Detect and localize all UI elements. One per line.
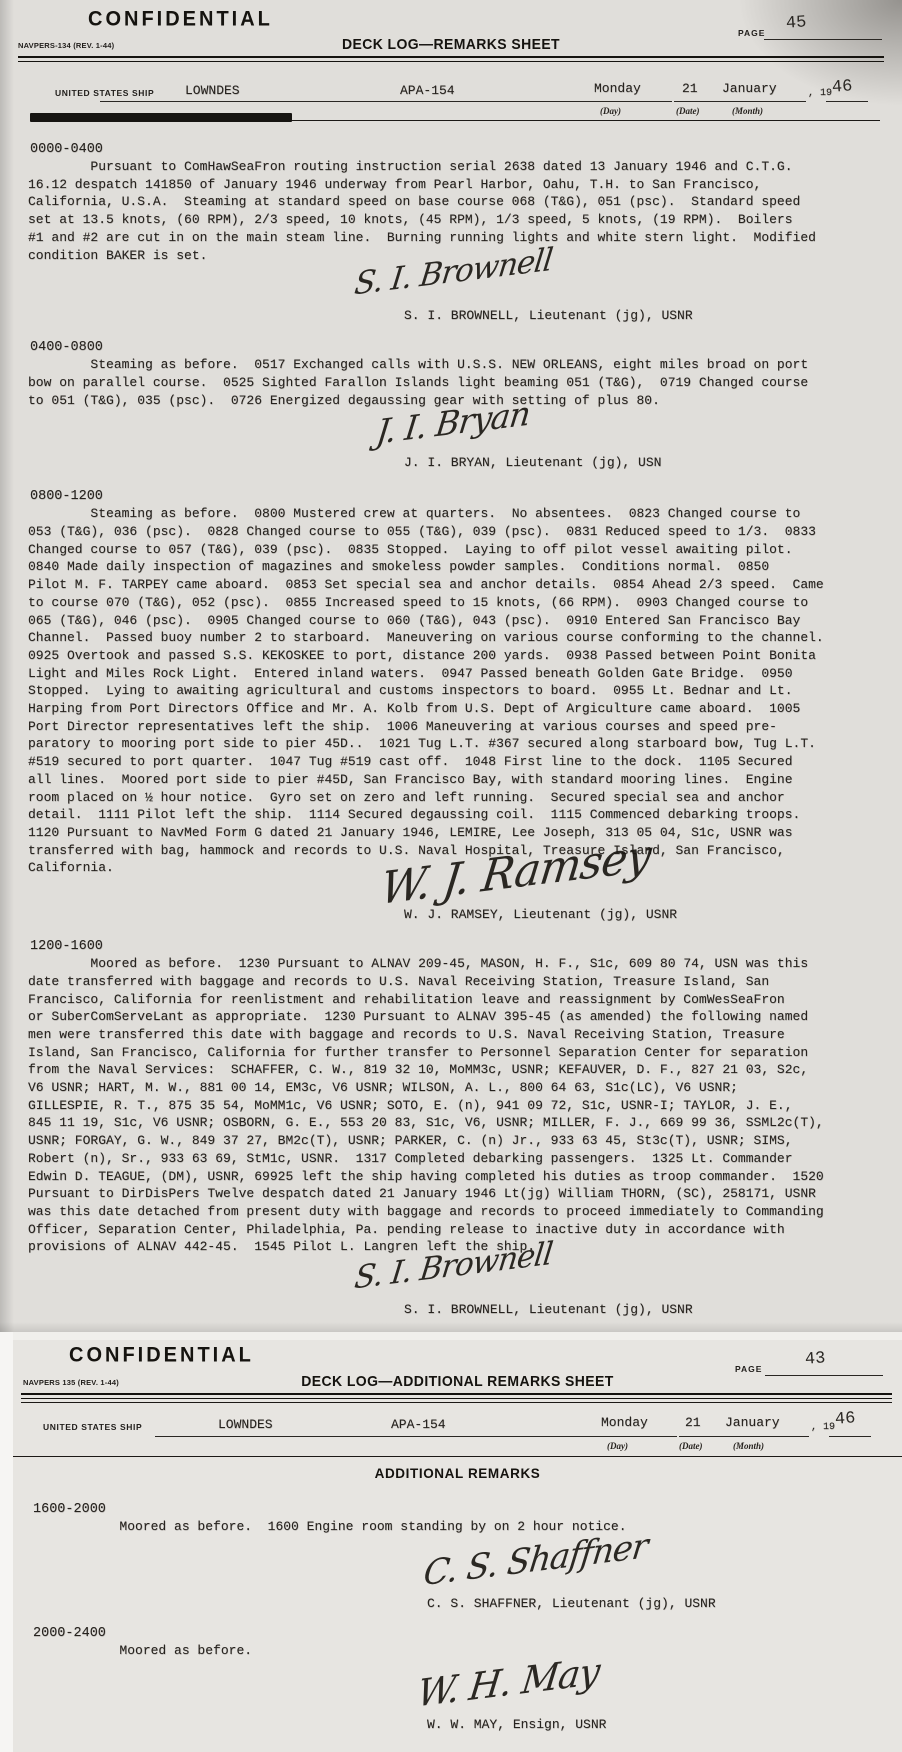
month-caption: (Month)	[732, 106, 763, 116]
day-caption: (Day)	[607, 1441, 628, 1451]
watch-entry-text: Pursuant to ComHawSeaFron routing instru…	[28, 158, 876, 264]
signature-typed: C. S. SHAFFNER, Lieutenant (jg), USNR	[427, 1596, 716, 1611]
signature-block: W. H. May W. W. MAY, Ensign, USNR	[31, 1659, 887, 1749]
log-entries: 1600-2000 Moored as before. 1600 Engine …	[31, 1498, 887, 1749]
signature-block: W. J. Ramsey W. J. RAMSEY, Lieutenant (j…	[28, 877, 876, 935]
year-prefix: , 19	[811, 1422, 835, 1433]
signature-typed: W. J. RAMSEY, Lieutenant (jg), USNR	[404, 907, 677, 922]
additional-remarks-title: ADDITIONAL REMARKS	[13, 1466, 902, 1482]
month-caption: (Month)	[733, 1441, 764, 1451]
signature-typed: J. I. BRYAN, Lieutenant (jg), USN	[404, 455, 661, 470]
log-month: January	[722, 81, 777, 96]
sheet-title: DECK LOG—ADDITIONAL REMARKS SHEET	[13, 1373, 902, 1390]
ship-underline	[100, 101, 586, 102]
watch-entry-text: Steaming as before. 0517 Exchanged calls…	[28, 356, 876, 409]
day-underline	[586, 101, 672, 102]
ship-name: LOWNDES	[185, 83, 240, 98]
signature-typed: S. I. BROWNELL, Lieutenant (jg), USNR	[404, 1302, 693, 1317]
classification-stamp: CONFIDENTIAL	[69, 1343, 254, 1368]
watch-time-heading: 0000-0400	[30, 142, 876, 157]
signature-block: S. I. Brownell S. I. BROWNELL, Lieutenan…	[28, 264, 876, 336]
header-double-rule	[21, 1393, 892, 1399]
signature-script: W. H. May	[415, 1650, 602, 1716]
classification-stamp: CONFIDENTIAL	[88, 7, 273, 32]
scan-page-gap	[0, 1332, 13, 1752]
scan-ink-bar	[30, 113, 292, 122]
day-underline	[593, 1436, 677, 1437]
ship-hull-number: APA-154	[400, 83, 455, 98]
date-caption: (Date)	[676, 106, 700, 116]
scan-shadow-bottom-edge	[0, 1322, 902, 1332]
watch-time-heading: 2000-2400	[33, 1626, 887, 1641]
ship-name: LOWNDES	[218, 1417, 273, 1432]
signature-block: J. I. Bryan J. I. BRYAN, Lieutenant (jg)…	[28, 409, 876, 485]
month-underline	[714, 101, 806, 102]
header-double-rule	[18, 56, 884, 62]
watch-entry-text: Moored as before.	[57, 1642, 887, 1660]
log-day: Monday	[601, 1415, 648, 1430]
scan-shadow-left-edge	[0, 0, 14, 1332]
day-caption: (Day)	[600, 106, 621, 116]
log-year: 46	[834, 1409, 856, 1429]
scanned-deck-log: CONFIDENTIAL PAGE 45 NAVPERS-134 (REV. 1…	[0, 0, 902, 1752]
signature-block: S. I. Brownell S. I. BROWNELL, Lieutenan…	[28, 1256, 876, 1326]
log-date: 21	[682, 81, 698, 96]
year-prefix: , 19	[808, 88, 832, 99]
watch-time-heading: 1200-1600	[30, 939, 876, 954]
page-number: 45	[785, 13, 807, 33]
signature-block: C. S. Shaffner C. S. SHAFFNER, Lieutenan…	[31, 1536, 887, 1622]
watch-entry-text: Moored as before. 1600 Engine room stand…	[57, 1518, 887, 1536]
page-number: 43	[804, 1349, 826, 1369]
date-underline	[679, 1436, 721, 1437]
log-date: 21	[685, 1415, 701, 1430]
log-day: Monday	[594, 81, 641, 96]
watch-time-heading: 1600-2000	[33, 1502, 887, 1517]
date-caption: (Date)	[679, 1441, 703, 1451]
additional-remarks-page: CONFIDENTIAL PAGE 43 NAVPERS 135 (REV. 1…	[13, 1340, 902, 1752]
signature-script: C. S. Shaffner	[421, 1526, 649, 1594]
ship-row-bottom-rule	[13, 1456, 902, 1457]
year-underline	[826, 101, 868, 102]
ship-hull-number: APA-154	[391, 1417, 446, 1432]
log-month: January	[725, 1415, 780, 1430]
month-underline	[719, 1436, 809, 1437]
ship-field-label: UNITED STATES SHIP	[43, 1422, 142, 1432]
sheet-title: DECK LOG—REMARKS SHEET	[0, 36, 902, 53]
watch-time-heading: 0800-1200	[30, 489, 876, 504]
watch-time-heading: 0400-0800	[30, 340, 876, 355]
watch-entry-text: Steaming as before. 0800 Mustered crew a…	[28, 505, 876, 877]
signature-typed: S. I. BROWNELL, Lieutenant (jg), USNR	[404, 308, 693, 323]
log-entries: 0000-0400 Pursuant to ComHawSeaFron rout…	[28, 138, 876, 1326]
deck-log-remarks-page: CONFIDENTIAL PAGE 45 NAVPERS-134 (REV. 1…	[0, 0, 902, 1332]
header-second-rule	[21, 1402, 892, 1403]
log-year: 46	[831, 77, 853, 97]
watch-entry-text: Moored as before. 1230 Pursuant to ALNAV…	[28, 955, 876, 1256]
ship-field-label: UNITED STATES SHIP	[55, 88, 154, 98]
year-underline	[829, 1436, 871, 1437]
ship-underline	[155, 1436, 593, 1437]
signature-typed: W. W. MAY, Ensign, USNR	[427, 1717, 606, 1732]
